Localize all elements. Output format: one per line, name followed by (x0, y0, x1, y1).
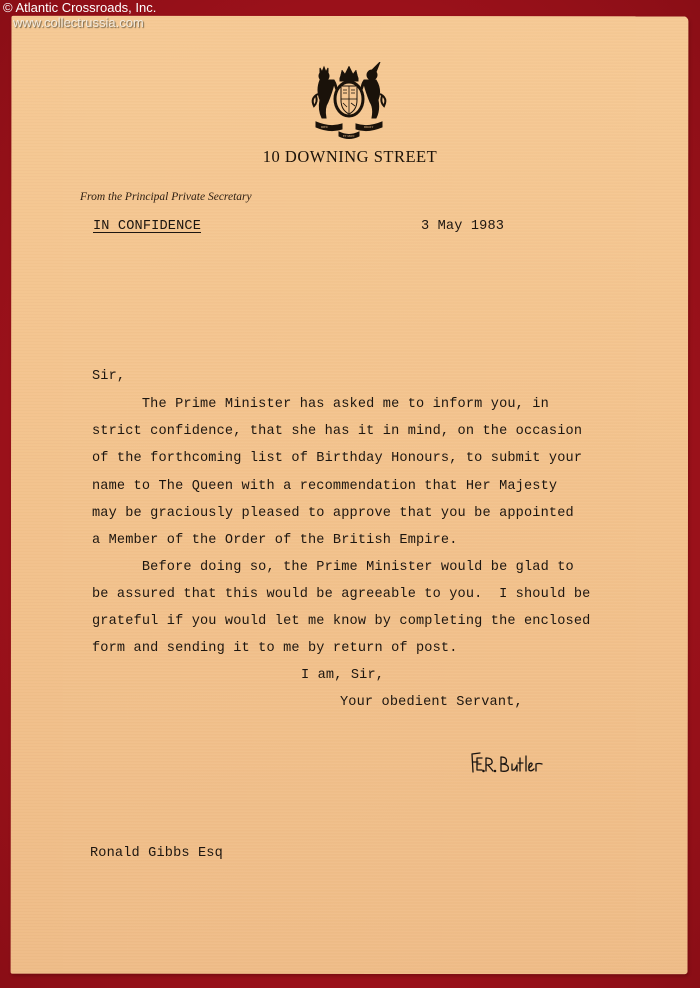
closing-line: Your obedient Servant, (340, 695, 523, 710)
paragraph-1-line: The Prime Minister has asked me to infor… (92, 397, 549, 412)
paragraph-1-line: strict confidence, that she has it in mi… (92, 424, 582, 439)
svg-text:DIEU: DIEU (321, 125, 329, 129)
letterhead-address: 10 DOWNING STREET (0, 147, 700, 167)
svg-text:DROIT: DROIT (364, 125, 373, 129)
recipient-name: Ronald Gibbs Esq (90, 846, 223, 861)
paragraph-1-line: may be graciously pleased to approve tha… (92, 506, 574, 521)
royal-crest-icon: DIEU DROIT ET MON (306, 62, 392, 140)
watermark: © Atlantic Crossroads, Inc. www.collectr… (3, 0, 156, 30)
watermark-url: www.collectrussia.com (13, 15, 156, 30)
watermark-copyright: © Atlantic Crossroads, Inc. (3, 0, 156, 15)
paragraph-1-line: a Member of the Order of the British Emp… (92, 533, 458, 548)
svg-text:ET MON: ET MON (343, 134, 355, 138)
classification-label: IN CONFIDENCE (93, 219, 201, 234)
paragraph-2-line: grateful if you would let me know by com… (92, 614, 590, 629)
paragraph-2-line: be assured that this would be agreeable … (92, 587, 590, 602)
salutation: Sir, (92, 369, 125, 384)
paragraph-2-line: form and sending it to me by return of p… (92, 641, 458, 656)
sender-title: From the Principal Private Secretary (80, 191, 252, 203)
paragraph-1-line: name to The Queen with a recommendation … (92, 479, 557, 494)
letter-date: 3 May 1983 (421, 219, 504, 234)
closing-line: I am, Sir, (301, 668, 384, 683)
signature: F.E.R. Butler (468, 750, 568, 780)
paragraph-1-line: of the forthcoming list of Birthday Hono… (92, 451, 582, 466)
paragraph-2-line: Before doing so, the Prime Minister woul… (92, 560, 574, 575)
